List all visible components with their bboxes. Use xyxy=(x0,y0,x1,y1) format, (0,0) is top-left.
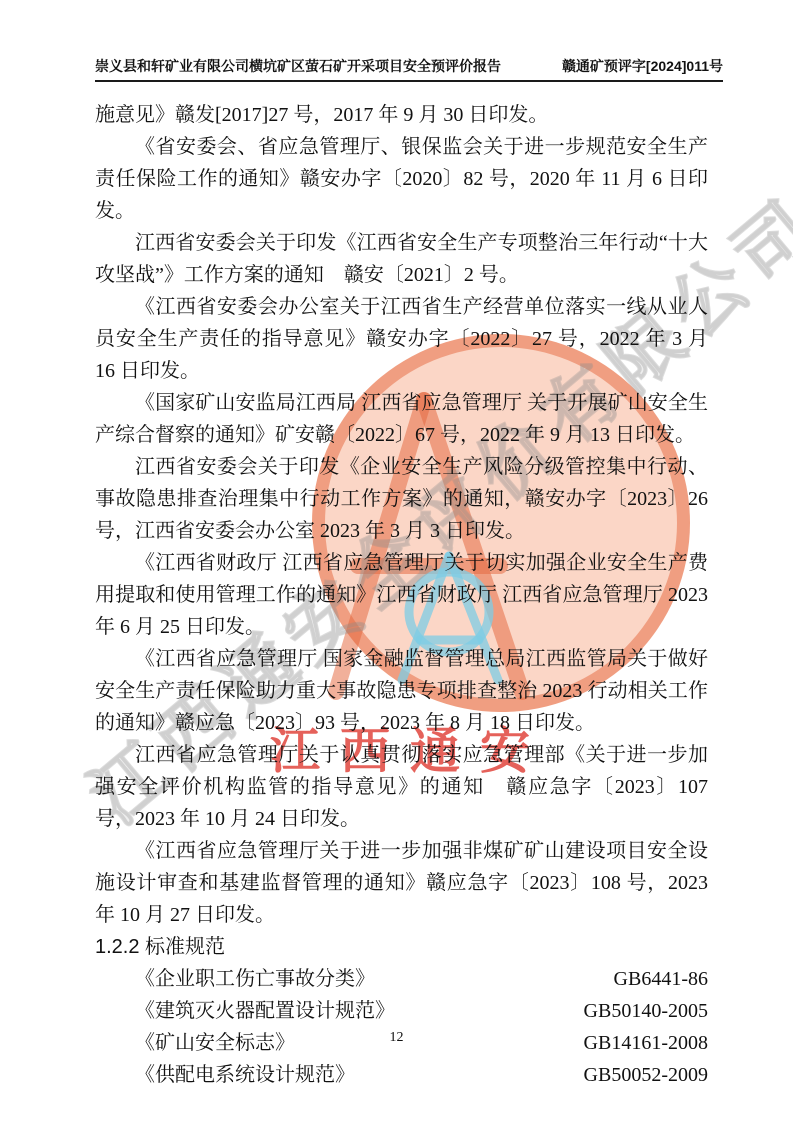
section-heading: 1.2.2 标准规范 xyxy=(95,931,708,963)
body-paragraph: 施意见》赣发[2017]27 号，2017 年 9 月 30 日印发。 xyxy=(95,99,708,131)
body-paragraph: 江西省安委会关于印发《江西省安全生产专项整治三年行动“十大攻坚战”》工作方案的通… xyxy=(95,227,708,291)
body-paragraph: 《江西省财政厅 江西省应急管理厅关于切实加强企业安全生产费用提取和使用管理工作的… xyxy=(95,547,708,643)
standard-row: 《供配电系统设计规范》 GB50052-2009 xyxy=(95,1059,708,1091)
header-doc-number: 赣通矿预评字[2024]011号 xyxy=(562,57,723,75)
standard-row: 《企业职工伤亡事故分类》 GB6441-86 xyxy=(95,963,708,995)
body-paragraph: 《江西省应急管理厅 国家金融监督管理总局江西监管局关于做好安全生产责任保险助力重… xyxy=(95,643,708,739)
body-paragraph: 江西省安委会关于印发《企业安全生产风险分级管控集中行动、事故隐患排查治理集中行动… xyxy=(95,451,708,547)
body-paragraph: 江西省应急管理厅关于认真贯彻落实应急管理部《关于进一步加强安全评价机构监管的指导… xyxy=(95,739,708,835)
standard-name: 《建筑灭火器配置设计规范》 xyxy=(135,995,395,1027)
body-paragraph: 《国家矿山安监局江西局 江西省应急管理厅 关于开展矿山安全生产综合督察的通知》矿… xyxy=(95,387,708,451)
page-header: 崇义县和轩矿业有限公司横坑矿区萤石矿开采项目安全预评价报告 赣通矿预评字[202… xyxy=(95,57,723,82)
page-number: 12 xyxy=(0,1030,793,1046)
standard-row: 《建筑灭火器配置设计规范》 GB50140-2005 xyxy=(95,995,708,1027)
body-paragraph: 《省安委会、省应急管理厅、银保监会关于进一步规范安全生产责任保险工作的通知》赣安… xyxy=(95,131,708,227)
standard-name: 《企业职工伤亡事故分类》 xyxy=(135,963,375,995)
body-paragraph: 《江西省应急管理厅关于进一步加强非煤矿矿山建设项目安全设施设计审查和基建监督管理… xyxy=(95,835,708,931)
body-paragraph: 《江西省安委会办公室关于江西省生产经营单位落实一线从业人员安全生产责任的指导意见… xyxy=(95,291,708,387)
standard-code: GB6441-86 xyxy=(614,963,708,995)
document-page: 江西通安全评价有限公司 江西通安 崇义县和轩矿业有限公司横坑矿区萤石矿开采项目安… xyxy=(0,0,793,1122)
header-report-title: 崇义县和轩矿业有限公司横坑矿区萤石矿开采项目安全预评价报告 xyxy=(95,57,501,75)
standard-code: GB50052-2009 xyxy=(584,1059,708,1091)
standard-name: 《供配电系统设计规范》 xyxy=(135,1059,355,1091)
body-text: 施意见》赣发[2017]27 号，2017 年 9 月 30 日印发。 《省安委… xyxy=(95,99,708,1091)
standard-code: GB50140-2005 xyxy=(584,995,708,1027)
